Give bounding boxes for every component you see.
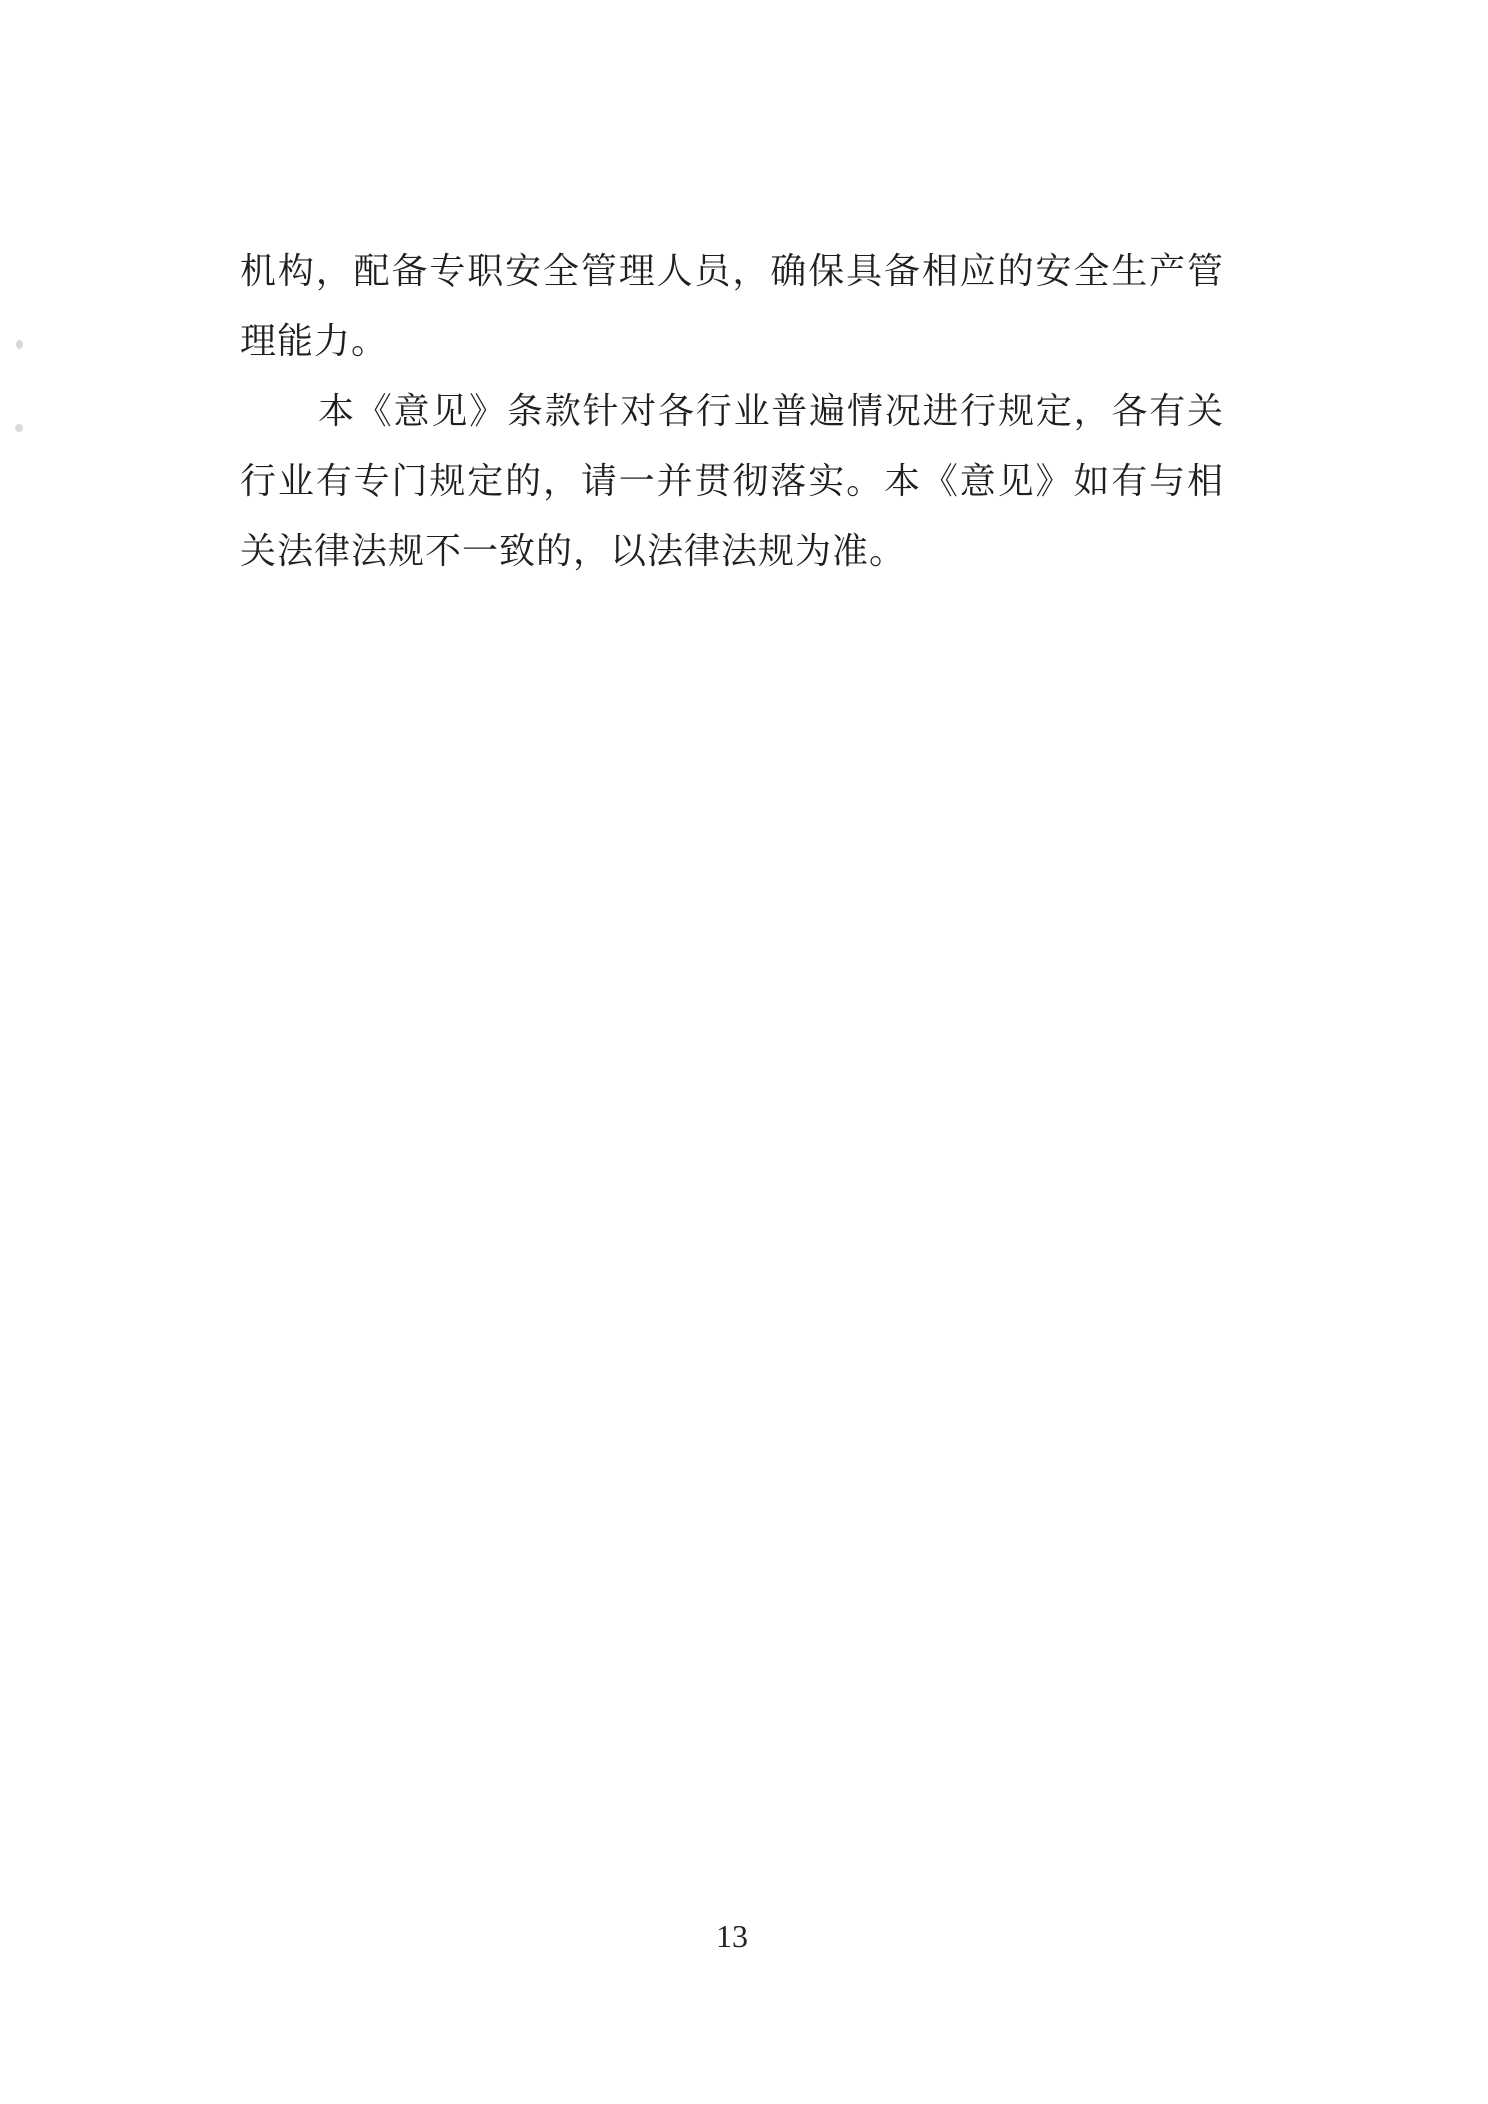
scan-artifact-dot — [16, 340, 23, 349]
text-line-5: 关法律法规不一致的，以法律法规为准。 — [240, 516, 1224, 586]
page-number: 13 — [0, 1918, 1476, 1955]
body-text: 机构，配备专职安全管理人员，确保具备相应的安全生产管 理能力。 本《意见》条款针… — [240, 236, 1224, 586]
text-line-4: 行业有专门规定的，请一并贯彻落实。本《意见》如有与相 — [240, 446, 1224, 516]
document-page: 机构，配备专职安全管理人员，确保具备相应的安全生产管 理能力。 本《意见》条款针… — [0, 0, 1488, 2104]
scan-artifact-dot — [15, 424, 23, 432]
text-line-3: 本《意见》条款针对各行业普遍情况进行规定，各有关 — [240, 376, 1224, 446]
text-line-1: 机构，配备专职安全管理人员，确保具备相应的安全生产管 — [240, 236, 1224, 306]
text-line-2: 理能力。 — [240, 306, 1224, 376]
